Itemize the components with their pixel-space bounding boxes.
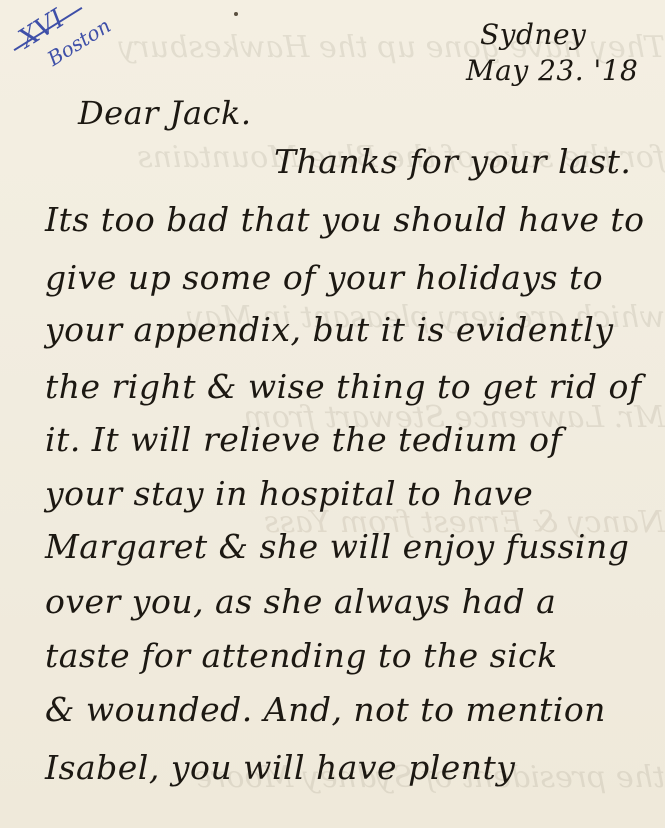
body-line: Thanks for your last. (274, 142, 631, 181)
body-line: your appendix, but it is evidently (45, 310, 614, 349)
salutation: Dear Jack. (78, 94, 252, 132)
body-line: Its too bad that you should have to (45, 200, 645, 239)
letter-date: May 23. '18 (466, 54, 638, 87)
body-line: the right & wise thing to get rid of (45, 367, 642, 406)
body-line: & wounded. And, not to mention (45, 690, 606, 729)
letter-place: Sydney (480, 18, 586, 51)
body-line: it. It will relieve the tedium of (45, 420, 562, 459)
body-line: give up some of your holidays to (45, 258, 603, 297)
letter-page: They have gone up the Hawkesbury for the… (0, 0, 665, 828)
body-line: over you, as she always had a (45, 582, 556, 621)
ink-speck (234, 12, 238, 16)
body-line: taste for attending to the sick (45, 636, 558, 675)
body-line: Margaret & she will enjoy fussing (45, 527, 629, 566)
body-line: your stay in hospital to have (45, 474, 533, 513)
body-line: Isabel, you will have plenty (45, 748, 515, 787)
